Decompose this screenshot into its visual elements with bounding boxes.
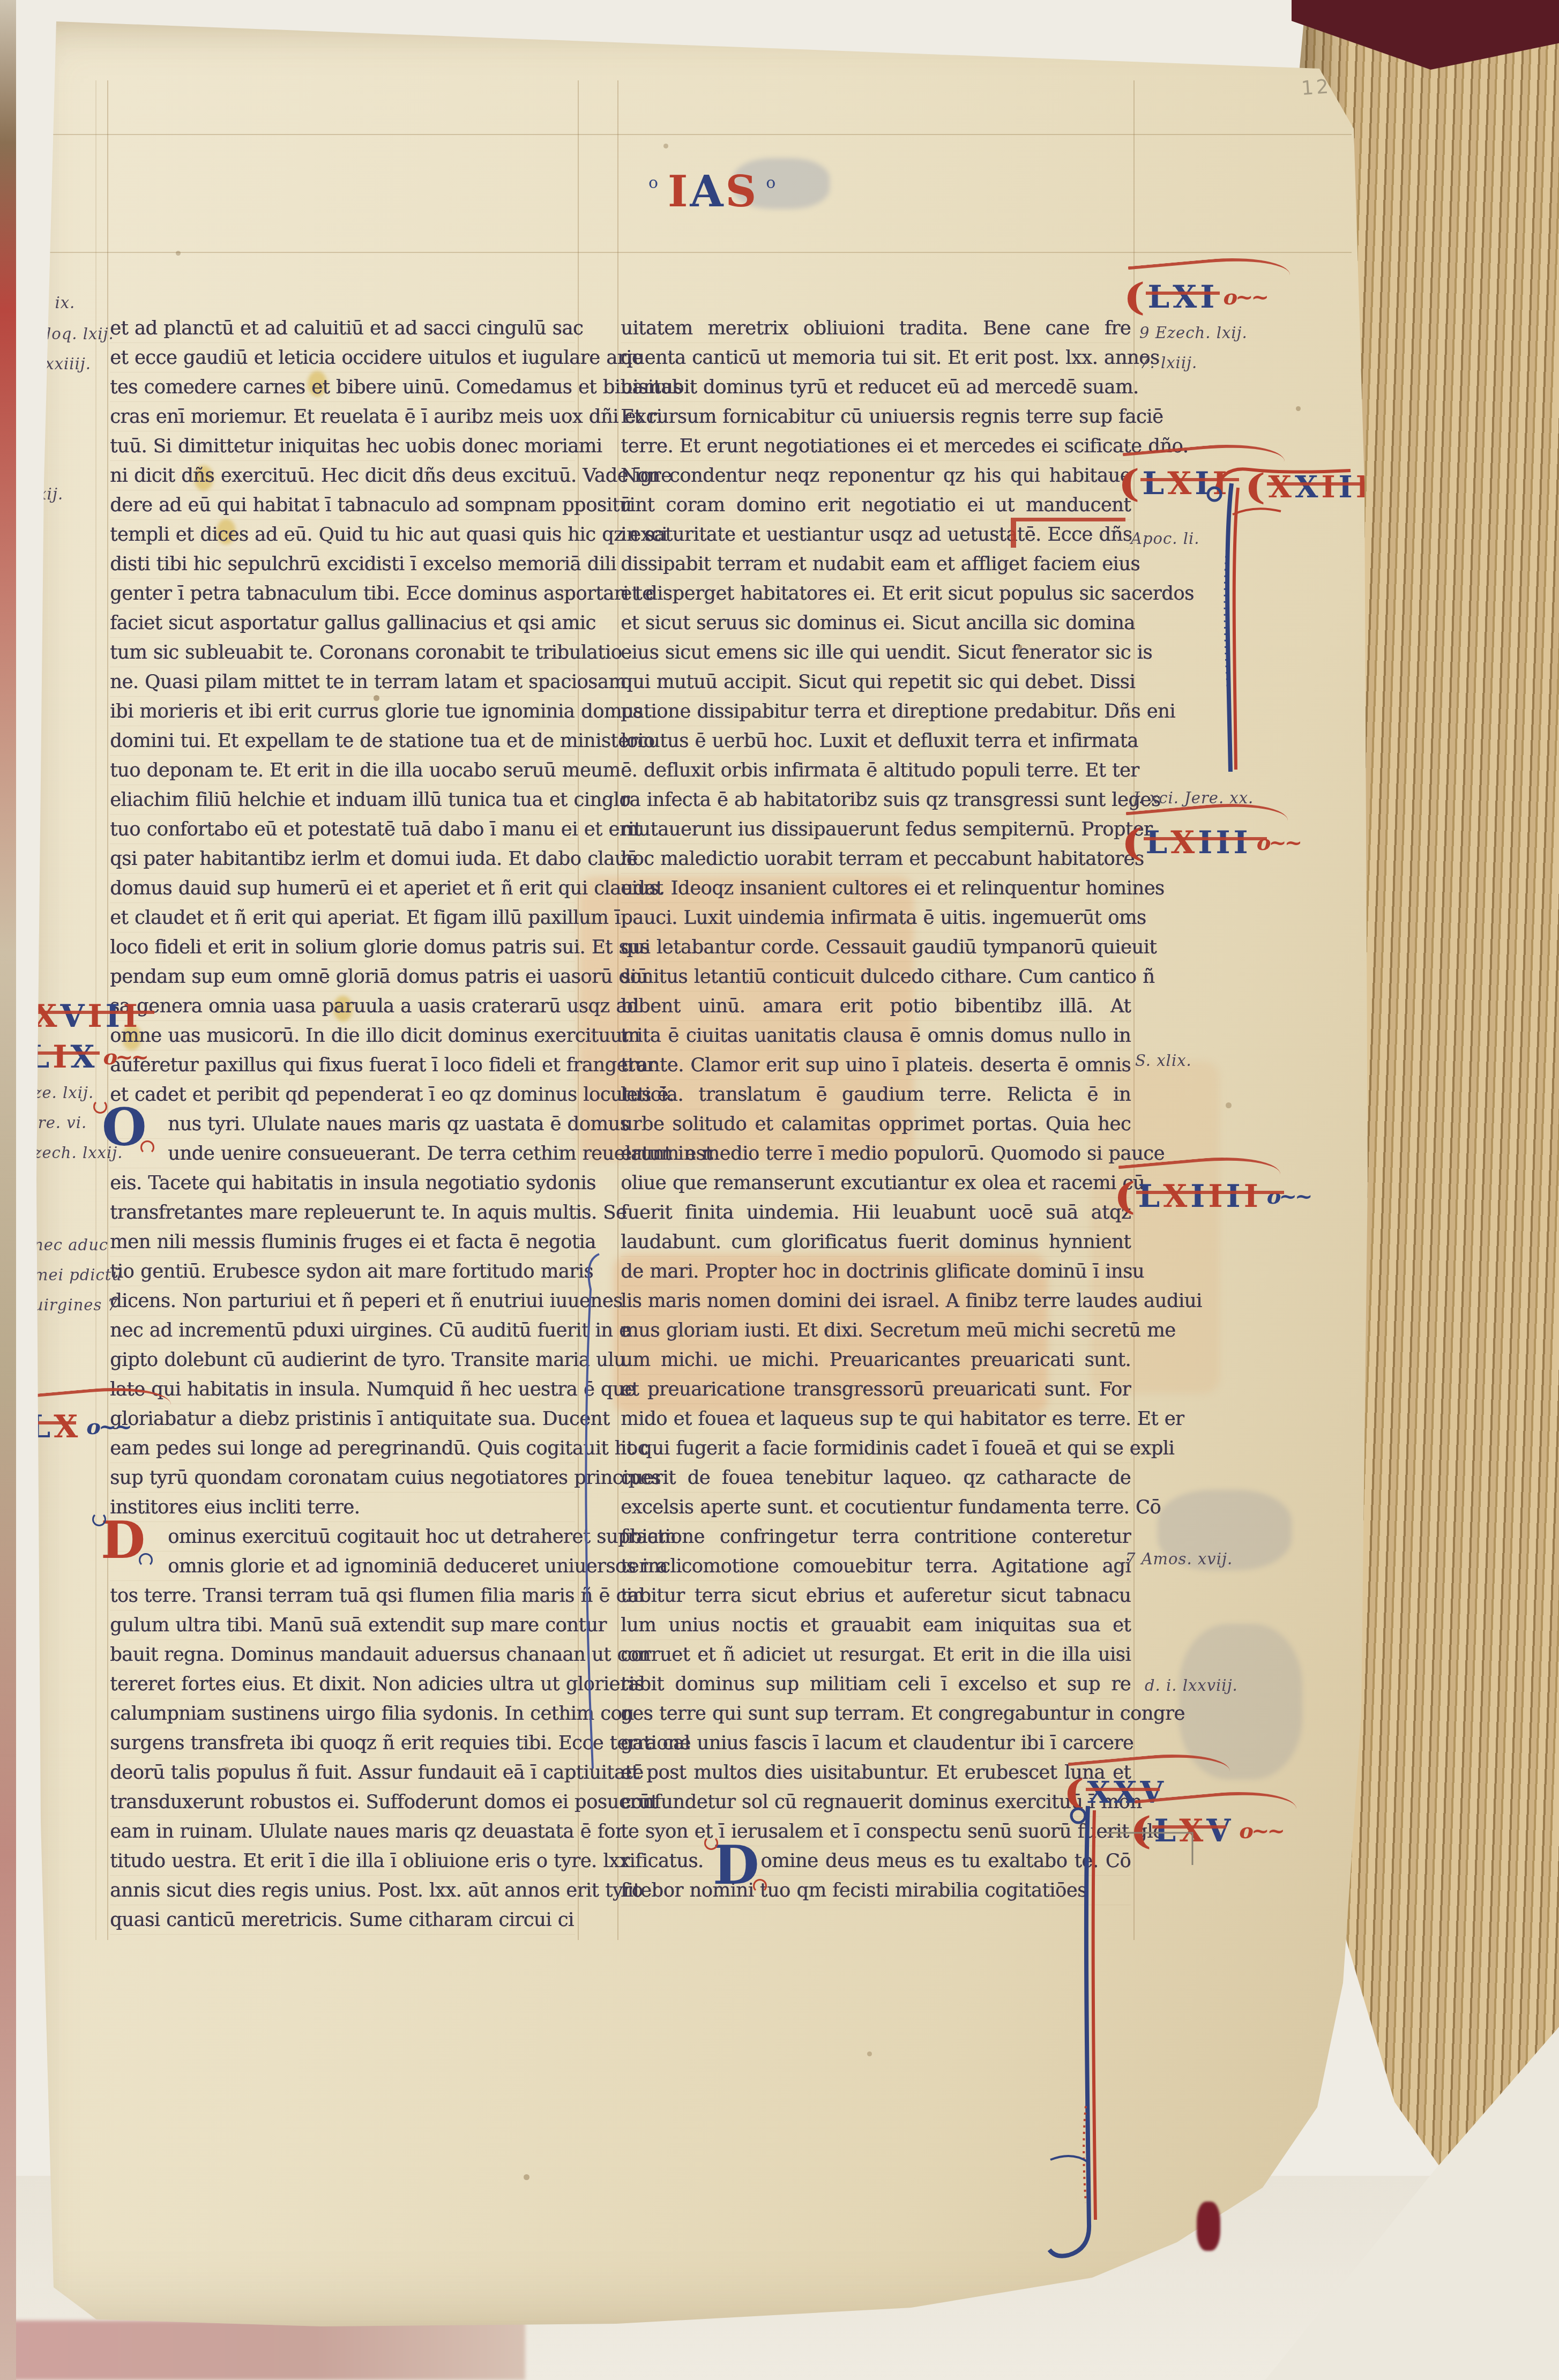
text-line: gloriabatur a diebz pristinis ī antiquit… [110,1404,575,1434]
text-line: trita ē ciuitas uanitatis clausa ē omnis… [621,1021,1131,1050]
text-line: domini tui. Et expellam te de statione t… [110,726,575,756]
text-line: lum unius noctis et grauabit eam iniquit… [621,1610,1131,1640]
text-line: excelsis aperte sunt. et cocutientur fun… [621,1493,1131,1522]
ruling-line-top-2 [44,252,1352,253]
text-line: laudabunt. cum glorificatus fuerit domin… [621,1227,1131,1257]
running-title-letter: I [668,166,690,217]
text-line: unde uenire consueuerant. De terra cethi… [110,1139,575,1168]
numeral-letter: I [1234,824,1251,861]
text-line: tos terre. Transi terram tuā qsi flumen … [110,1581,575,1610]
text-line: cras enī moriemur. Et reuelata ē ī aurib… [110,402,575,431]
numeral-letter: I [123,998,141,1034]
margin-note: 7 Amos. xvij. [1125,1550,1233,1568]
text-line: oliue que remanserunt excutiantur ex ole… [621,1168,1131,1198]
pen-squiggle: o~~ [1223,285,1267,310]
text-line: gipto dolebunt cū audierint de tyro. Tra… [110,1345,575,1375]
numeral-strike [31,1011,154,1014]
margin-note: Jere. vi. [21,1114,87,1132]
text-line: nus tyri. Ululate naues maris qz uastata… [110,1109,575,1139]
filigree-curl [753,1879,767,1893]
text-line: sa genera omnia uasa paruula a uasis cra… [110,991,575,1021]
text-line: cuerit de fouea tenebitur laqueo. qz cat… [621,1463,1131,1493]
text-line: pendam sup eum omnē gloriā domus patris … [110,962,575,991]
text-line: et cadet et peribit qd pependerat ī eo q… [110,1080,575,1109]
text-line: omne uas musicorū. In die illo dicit dom… [110,1021,575,1050]
text-line: institores eius incliti terre. [110,1493,575,1522]
filigree-curl [92,1512,106,1526]
capitulum-numeral: (LXo~~ [9,1408,130,1445]
text-line: dere ad eū qui habitat ī tabnaculo ad so… [110,490,575,520]
text-line: men nili messis fluminis fruges ei et fa… [110,1227,575,1257]
text-line: surgens transfreta ibi quoqz ñ erit requ… [110,1728,575,1758]
text-line: hoc maledictio uorabit terram et peccabu… [621,844,1131,874]
text-line: dissipabit terram et nudabit eam et affl… [621,549,1131,579]
numeral-letter: I [1200,279,1218,315]
text-line: tes comedere carnes et bibere uinū. Come… [110,372,575,402]
capitulum-numeral: (LIXo~~ [8,1039,147,1075]
text-line: et disperget habitatores ei. Et erit sic… [621,579,1131,608]
text-line: domus dauid sup humerū ei et aperiet et … [110,874,575,903]
numeral-strike [1146,292,1220,295]
text-line: auferetur paxillus qui fixus fuerat ī lo… [110,1050,575,1080]
pen-squiggle: o~~ [86,1414,130,1439]
numeral-letter: I [1198,824,1215,861]
text-line: sup tyrū quondam coronatam cuius negotia… [110,1463,575,1493]
numeral-letter: X [70,1039,98,1075]
numeral-letter: V [60,998,87,1034]
text-line: ibi morieris et ibi erit currus glorie t… [110,697,575,726]
text-line: qsi pater habitantibz ierlm et domui iud… [110,844,575,874]
numeral-letter: I [1190,1178,1208,1214]
text-line: quasi canticū meretricis. Sume citharam … [110,1905,575,1935]
paraph-mark: ( [1114,1175,1140,1218]
capitulum-numeral: (LXIo~~ [1128,279,1267,315]
text-line: quenta canticū ut memoria tui sit. Et er… [621,343,1131,372]
margin-note: 9 Ezech. lxij. [1139,324,1248,342]
text-line: nec ad incrementū pduxi uirgines. Cū aud… [110,1316,575,1345]
numeral-letter: I [1244,1178,1262,1214]
margin-note: S. xlix. [1135,1051,1192,1070]
text-line: eius sicut emens sic ille qui uendit. Si… [621,638,1131,667]
text-line: ra infecta ē ab habitatoribz suis qz tra… [621,785,1131,815]
text-line: pauci. Luxit uindemia infirmata ē uitis.… [621,903,1131,932]
text-line: templi et dices ad eū. Quid tu hic aut q… [110,520,575,549]
numeral-strike [1136,1191,1284,1194]
filigree-curl [93,1100,107,1114]
text-line: fuerit finita uindemia. Hii leuabunt uoc… [621,1198,1131,1227]
text-column-2: uitatem meretrix obliuioni tradita. Bene… [621,314,1131,1905]
numeral-letter: L [27,1039,53,1075]
margin-note: h. s. ix. [14,294,75,312]
text-line: titudo uestra. Et erit ī die illa ī obli… [110,1846,575,1876]
text-line: dicens. Non parturiui et ñ peperi et ñ e… [110,1286,575,1316]
text-line: um michi. ue michi. Preuaricantes preuar… [621,1345,1131,1375]
text-line: et post multos dies uisitabuntur. Et eru… [621,1758,1131,1787]
text-line: corruet et ñ adiciet ut resurgat. Et eri… [621,1640,1131,1669]
text-line: terre. Et erunt negotiationes ei et merc… [621,431,1131,461]
text-line: eius. Ideoqz insanient cultores ei et re… [621,874,1131,903]
margin-note: S. xij. [16,485,63,503]
text-line: locutus ē uerbū hoc. Luxit et defluxit t… [621,726,1131,756]
numeral-letter: I [1215,824,1233,861]
text-line: et claudet et ñ erit qui aperiat. Et fig… [110,903,575,932]
numeral-strike [27,1421,76,1424]
numeral-letter: I [106,998,123,1034]
title-flourish-dot: o [766,174,778,192]
text-line: bibent uinū. amara erit potio bibentibz … [621,991,1131,1021]
filigree-curl [140,1140,154,1154]
numeral-strike [26,1051,100,1055]
margin-note: Apoc. li. [1131,529,1199,548]
text-line: erunt in medio terre ī medio populorū. Q… [621,1139,1131,1168]
margin-note: d. i. lxxviij. [1145,1676,1238,1695]
text-line: uitatem meretrix obliuioni tradita. Bene… [621,314,1131,343]
running-title: oIASo [641,166,785,217]
text-line: tuo deponam te. Et erit in die illa uoca… [110,756,575,785]
text-line: deorū talis populus ñ fuit. Assur fundau… [110,1758,575,1787]
running-title-letter: S [726,166,759,217]
filigree-curl [704,1836,718,1850]
numeral-strike [1144,837,1267,840]
title-flourish-dot: o [648,174,660,192]
text-line: eliachim filiū helchie et induam illū tu… [110,785,575,815]
text-line: ne. Quasi pilam mittet te in terram lata… [110,667,575,697]
capitulum-numeral: (LXIIIIo~~ [1118,1178,1311,1214]
text-line: et sicut seruus sic dominus ei. Sicut an… [621,608,1131,638]
paraph-mark: ( [1118,462,1145,505]
text-line: calumpniam sustinens uirgo filia sydonis… [110,1699,575,1728]
paraph-mark: ( [1121,821,1148,864]
text-line: late qui habitatis in insula. Numquid ñ … [110,1375,575,1404]
capitulum-numeral: (LXIIIo~~ [1125,824,1300,861]
text-line: de mari. Propter hoc in doctrinis glific… [621,1257,1131,1286]
numeral-letter: X [33,998,60,1034]
text-line: tuo confortabo eū et potestatē tuā dabo … [110,815,575,844]
text-line: fractione confringetur terra contritione… [621,1522,1131,1551]
text-line: eam in ruinam. Ululate naues maris qz de… [110,1817,575,1846]
text-line: ē. defluxit orbis infirmata ē altitudo p… [621,756,1131,785]
text-line: qui letabantur corde. Cessauit gaudiū ty… [621,932,1131,962]
text-line: tereret fortes eius. Et dixit. Non adici… [110,1669,575,1699]
text-line: Non condentur neqz reponentur qz his qui… [621,461,1131,490]
text-line: lis maris nomen domini dei israel. A fin… [621,1286,1131,1316]
text-line: sonitus letantiū conticuit dulcedo citha… [621,962,1131,991]
text-line: eam pedes sui longe ad peregrinandū. Qui… [110,1434,575,1463]
capitula-pen-flourish-right [1200,450,1377,804]
text-line: gulum ultra tibi. Manū suā extendit sup … [110,1610,575,1640]
text-line: transduxerunt robustos ei. Suffoderunt d… [110,1787,575,1817]
text-line: rint coram domino erit negotiatio ei ut … [621,490,1131,520]
text-line: tabit dominus sup militiam celi ī excels… [621,1669,1131,1699]
text-line: ominus exercituū cogitauit hoc ut detrah… [110,1522,575,1551]
text-line: tum sic subleuabit te. Coronans coronabi… [110,638,575,667]
margin-note: uirgines 7 [33,1296,118,1314]
manuscript-page: oIASo 123 et ad planctū et ad caluitiū e… [0,0,1559,2380]
text-line: Et rursum fornicabitur cū uniuersis regn… [621,402,1131,431]
text-line: tuū. Si dimittetur iniquitas hec uobis d… [110,431,575,461]
text-line: gatione unius fascis ī lacum et claudent… [621,1728,1131,1758]
illuminated-initial: D [713,1840,759,1890]
pen-squiggle: o~~ [103,1044,147,1070]
text-line: genter ī petra tabnaculum tibi. Ecce dom… [110,579,575,608]
margin-note: mei pdictū [33,1266,122,1284]
margin-note: 7. lxiij. [1139,354,1197,372]
text-line: leticia. translatum ē gaudium terre. Rel… [621,1080,1131,1109]
text-line: annis sicut dies regis unius. Post. lxx.… [110,1876,575,1905]
text-line: et preuaricatione transgressorū preuaric… [621,1375,1131,1404]
text-line: uisitabit dominus tyrū et reducet eū ad … [621,372,1131,402]
text-line: tio gentiū. Erubesce sydon ait mare fort… [110,1257,575,1286]
margin-note: Eze. lxij. [21,1084,94,1102]
text-line: et ecce gaudiū et leticia occidere uitul… [110,343,575,372]
text-column-1: et ad planctū et ad caluitiū et ad sacci… [110,314,575,1935]
text-line: omnis glorie et ad ignominiā deduceret u… [110,1551,575,1581]
margin-note: J. clxxiiij. [14,355,91,373]
text-line: bauit regna. Dominus mandauit aduersus c… [110,1640,575,1669]
paraph-mark: ( [1123,275,1150,318]
text-line: it qui fugerit a facie formidinis cadet … [621,1434,1131,1463]
illuminated-initial: D [101,1517,145,1564]
margin-note: nec aduc [33,1236,108,1254]
pen-squiggle: o~~ [1239,1818,1283,1844]
paraph-mark [1011,518,1125,548]
text-line: patione dissipabitur terra et direptione… [621,697,1131,726]
numeral-letter: I [1208,1178,1226,1214]
capitulum-numeral: (XVIII [13,998,141,1034]
numeral-letter: I [1226,1178,1244,1214]
text-line: qui mutuū accipit. Sicut qui repetit sic… [621,667,1131,697]
left-binding-sliver [0,0,16,2380]
illuminated-initial: O [102,1104,147,1151]
pen-squiggle: o~~ [1257,830,1301,855]
text-line: mutauerunt ius dissipauerunt fedus sempi… [621,815,1131,844]
margin-note: i. Adoq. lxij. [13,325,114,343]
gutter-pen-line [568,1243,616,1790]
numeral-letter: I [53,1039,70,1075]
text-line: ges terre qui sunt sup terram. Et congre… [621,1699,1131,1728]
text-line: terra comotione comouebitur terra. Agita… [621,1551,1131,1581]
text-line: eis. Tacete qui habitatis in insula nego… [110,1168,575,1198]
text-line: transfretantes mare repleuerunt te. In a… [110,1198,575,1227]
pink-cloth-edge [0,2321,525,2380]
text-line: faciet sicut asportatur gallus gallinaci… [110,608,575,638]
ribbon-marker [1197,2202,1220,2251]
text-line: loco fideli et erit in solium glorie dom… [110,932,575,962]
text-line: tabitur terra sicut ebrius et auferetur … [621,1581,1131,1610]
text-line: mido et fouea et laqueus sup te qui habi… [621,1404,1131,1434]
text-line: trante. Clamor erit sup uino ī plateis. … [621,1050,1131,1080]
bottom-pen-flourish [1018,1785,1211,2278]
ruling-line-top [44,134,1352,135]
running-title-letter: A [690,166,725,217]
text-line: ni dicit dñs exercituū. Hec dicit dñs de… [110,461,575,490]
numeral-letter: I [87,998,105,1034]
text-line: et ad planctū et ad caluitiū et ad sacci… [110,314,575,343]
pen-squiggle: o~~ [1267,1184,1311,1209]
text-line: mus gloriam iusti. Et dixi. Secretum meū… [621,1316,1131,1345]
text-line: urbe solitudo et calamitas opprimet port… [621,1109,1131,1139]
text-line: disti tibi hic sepulchrū excidisti ī exc… [110,549,575,579]
